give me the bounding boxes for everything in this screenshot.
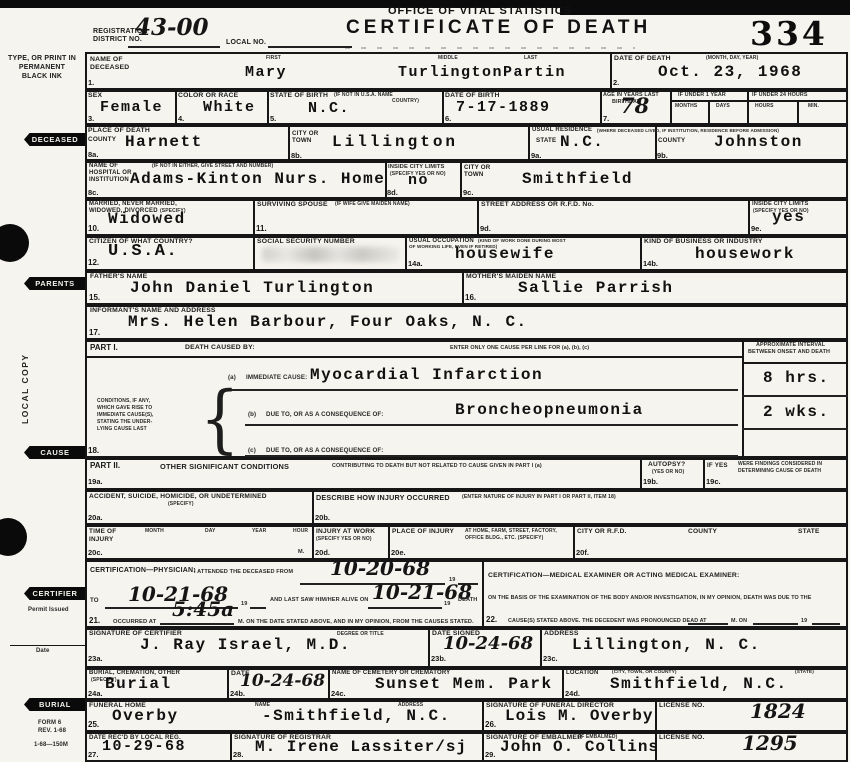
divider: [477, 199, 479, 236]
injury-county-label: COUNTY: [688, 528, 717, 535]
form-revision: REV. 1-68: [38, 728, 66, 734]
residence-city-label2: TOWN: [464, 171, 484, 178]
field-23b-num: 23b.: [431, 654, 446, 663]
local-copy-label: LOCAL COPY: [20, 332, 30, 424]
tab-parents: PARENTS: [24, 277, 86, 290]
street-address-label: STREET ADDRESS OR R.F.D. No.: [481, 201, 594, 208]
hours-label: HOURS: [755, 103, 774, 109]
day-label: DAY: [205, 528, 215, 534]
divider: [460, 161, 462, 199]
hospital-label2: HOSPITAL OR: [89, 170, 132, 176]
divider: [703, 458, 705, 490]
field-12-num: 12.: [88, 258, 99, 267]
under-24-hours-label: IF UNDER 24 HOURS: [752, 92, 808, 98]
last-saw-label: AND LAST SAW HIM/HER ALIVE ON: [270, 597, 368, 603]
divider: [748, 199, 750, 236]
death-word: DEATH: [458, 597, 477, 603]
divider: [797, 100, 799, 125]
line-a-rule: [225, 389, 738, 391]
conditions-note3: IMMEDIATE CAUSE(S),: [97, 412, 154, 418]
field-24d-num: 24d.: [565, 689, 580, 698]
divider: [267, 90, 269, 125]
first-label: FIRST: [266, 55, 281, 61]
field-27-num: 27.: [88, 750, 98, 759]
conditions-brace: {: [200, 382, 239, 456]
field-9c-num: 9c.: [463, 188, 473, 197]
form-print-run: 1-68—150M: [34, 742, 68, 748]
to-label: TO: [90, 597, 99, 604]
divider: [562, 668, 564, 700]
divider: [388, 525, 390, 560]
divider: [600, 90, 602, 125]
field-22-num: 22.: [486, 615, 497, 624]
funeral-director-value: Lois M. Overby: [505, 707, 653, 725]
line-c-label: (c): [248, 447, 256, 454]
type-note-line1: TYPE, OR PRINT IN: [0, 55, 84, 62]
field-1-num: 1.: [88, 78, 94, 87]
accident-label: ACCIDENT, SUICIDE, HOMICIDE, OR UNDETERM…: [89, 493, 267, 500]
me-m-on-label: M. ON: [731, 618, 747, 624]
tab-cause: CAUSE: [24, 446, 86, 459]
date-signed-value: 10-24-68: [443, 633, 533, 654]
min-label: MIN.: [808, 103, 819, 109]
form-number: FORM 6: [38, 720, 61, 726]
field-15-num: 15.: [89, 293, 100, 302]
medical-examiner-line3: CAUSE(S) STATED ABOVE. THE DECEDENT WAS …: [508, 618, 707, 624]
cemetery-value: Sunset Mem. Park: [375, 675, 553, 693]
field-28-num: 28.: [233, 750, 243, 759]
divider: [312, 490, 314, 525]
me-year-prefix: 19: [801, 618, 807, 624]
field-16-num: 16.: [465, 293, 476, 302]
mother-maiden-name-value: Sallie Parrish: [518, 279, 673, 297]
death-time-rule: [160, 623, 234, 625]
race-label: COLOR OR RACE: [178, 92, 238, 99]
conditions-note4: STATING THE UNDER-: [97, 419, 152, 425]
due-to-b-label: DUE TO, OR AS A CONSEQUENCE OF:: [266, 411, 383, 418]
occurred-at-label: OCCURRED AT: [113, 619, 156, 625]
tab-certifier: CERTIFIER: [24, 587, 86, 600]
field-7-num: 7.: [603, 114, 609, 123]
divider: [405, 236, 407, 271]
burial-location-value: Smithfield, N.C.: [610, 675, 788, 693]
occupation-sub1: (KIND OF WORK DONE DURING MOST: [478, 238, 566, 243]
field-2-num: 2.: [613, 78, 619, 87]
marital-label1: MARRIED, NEVER MARRIED,: [89, 201, 177, 207]
divider: [540, 628, 542, 668]
field-9a-num: 9a.: [531, 151, 541, 160]
divider: [175, 90, 177, 125]
tab-burial: BURIAL: [24, 698, 86, 711]
certifier-address-value: Lillington, N. C.: [572, 636, 761, 654]
field-3-num: 3.: [88, 114, 94, 123]
if-yes-label: IF YES: [707, 462, 728, 469]
field-4-num: 4.: [178, 114, 184, 123]
date-received-value: 10-29-68: [102, 738, 186, 755]
place-of-injury-label: PLACE OF INJURY: [392, 528, 454, 535]
hospital-value: Adams-Kinton Nurs. Home: [130, 170, 385, 188]
interval-a-rule: [742, 395, 848, 397]
tab-deceased: DECEASED: [24, 133, 86, 146]
to-year-rule: [250, 607, 266, 609]
divider: [708, 100, 710, 125]
registration-district-value: 43-00: [135, 14, 209, 41]
registration-blank-line: [128, 46, 220, 48]
medical-examiner-cert-label: CERTIFICATION—MEDICAL EXAMINER OR ACTING…: [488, 572, 740, 579]
how-injury-sub: (ENTER NATURE OF INJURY IN PART I OR PAR…: [462, 494, 616, 500]
inside-city-limits-8d-label: INSIDE CITY LIMITS: [388, 164, 444, 170]
deceased-label: DECEASED: [90, 64, 129, 71]
field-23a-num: 23a.: [88, 654, 103, 663]
divider: [85, 356, 744, 358]
field-17-num: 17.: [89, 328, 100, 337]
burial-location-sub2: (STATE): [795, 670, 814, 675]
residence-city-value: Smithfield: [522, 170, 633, 188]
field-20d-num: 20d.: [315, 548, 330, 557]
residence-state-label: STATE: [536, 137, 556, 144]
burial-location-label: LOCATION: [566, 670, 599, 676]
field-8a-num: 8a.: [88, 150, 98, 159]
divider: [482, 560, 484, 628]
field-11-num: 11.: [256, 224, 267, 233]
field-26-num: 26.: [485, 720, 496, 729]
burial-type-value: Burial: [105, 675, 172, 693]
divider: [670, 90, 672, 125]
decedent-last-name: Partin: [503, 64, 566, 81]
autopsy-label: AUTOPSY?: [648, 461, 685, 468]
funeral-home-name-value: Overby: [112, 707, 179, 725]
findings-label2: DETERMINING CAUSE OF DEATH: [738, 468, 821, 474]
usual-residence-sub: (WHERE DECEASED LIVED, IF INSTITUTION, R…: [597, 128, 779, 133]
field-9e-num: 9e.: [751, 224, 761, 233]
field-14b-num: 14b.: [643, 259, 658, 268]
age-value: 78: [620, 93, 649, 118]
divider: [640, 236, 642, 271]
accident-sub: (SPECIFY): [168, 501, 194, 507]
date-of-birth-label: DATE OF BIRTH: [445, 92, 500, 99]
injury-city-label: CITY OR R.F.D.: [577, 528, 627, 535]
permit-date-label: Date: [36, 648, 49, 654]
citizenship-value: U.S.A.: [108, 242, 178, 261]
line-c-rule: [245, 455, 738, 457]
hour-label: HOUR: [293, 528, 308, 534]
interval-header1: APPROXIMATE INTERVAL: [756, 342, 825, 348]
divider: [230, 732, 232, 762]
industry-value: housework: [695, 245, 795, 263]
field-29-num: 29.: [485, 750, 495, 759]
burial-date-value: 10-24-68: [240, 671, 325, 691]
injury-state-label: STATE: [798, 528, 820, 535]
field-18-num: 18.: [88, 446, 99, 455]
how-injury-label: DESCRIBE HOW INJURY OCCURRED: [316, 493, 450, 502]
death-time-value: 5:45a: [172, 597, 234, 621]
field-19b-num: 19b.: [643, 477, 658, 486]
divider: [573, 525, 575, 560]
father-name-value: John Daniel Turlington: [130, 279, 374, 297]
sex-value: Female: [100, 99, 163, 116]
inside-city-limits-9e-value: yes: [772, 208, 805, 226]
divider: [610, 52, 612, 90]
part1-label: PART I.: [90, 343, 118, 352]
field-8d-num: 8d.: [387, 188, 398, 197]
ssn-label: SOCIAL SECURITY NUMBER: [257, 238, 355, 245]
funeral-home-address-value: -Smithfield, N.C.: [262, 707, 451, 725]
divider: [428, 628, 430, 668]
ssn-redaction-smudge: [262, 247, 400, 262]
type-note-line3: BLACK INK: [0, 73, 84, 80]
marital-row-cell: [85, 199, 848, 236]
field-24c-num: 24c.: [331, 689, 346, 698]
registrar-signature-value: M. Irene Lassiter/sj: [255, 738, 467, 756]
date-of-death-value: Oct. 23, 1968: [658, 63, 802, 81]
top-scan-bar-right: [560, 0, 850, 15]
injury-at-work-sub: (SPECIFY YES OR NO): [316, 536, 372, 542]
embalmer-license-value: 1295: [742, 731, 798, 755]
occupation-value: housewife: [455, 245, 555, 263]
hole-punch-top: [0, 224, 29, 262]
type-note-line2: PERMANENT: [0, 64, 84, 71]
local-no-blank-line: [268, 46, 352, 48]
to-year-prefix: 19: [241, 601, 247, 607]
residence-city-label1: CITY OR: [464, 164, 490, 171]
certifier-signature-value: J. Ray Israel, M.D.: [140, 636, 351, 654]
divider: [655, 700, 657, 732]
divider: [462, 271, 464, 305]
conditions-note2: WHICH GAVE RISE TO: [97, 405, 152, 411]
time-of-injury-label2: INJURY: [89, 536, 113, 543]
immediate-cause-value: Myocardial Infarction: [310, 366, 543, 384]
alive-year-prefix: 19: [444, 601, 450, 607]
immediate-cause-label: IMMEDIATE CAUSE:: [246, 374, 307, 381]
attended-from-label: I ATTENDED THE DECEASED FROM: [194, 569, 293, 575]
permit-date-line: [10, 645, 85, 646]
underlying-cause-value: Broncheopneumonia: [455, 401, 644, 419]
certificate-title: CERTIFICATE OF DEATH: [346, 17, 651, 39]
field-20c-num: 20c.: [88, 548, 103, 557]
date-of-death-sub: (MONTH, DAY, YEAR): [706, 55, 758, 61]
residence-county-label: COUNTY: [658, 137, 685, 144]
field-6-num: 6.: [445, 114, 451, 123]
industry-label: KIND OF BUSINESS OR INDUSTRY: [644, 238, 763, 245]
local-no-label: LOCAL NO.: [226, 39, 266, 46]
field-9d-num: 9d.: [480, 224, 491, 233]
divider: [482, 732, 484, 762]
attended-from-date: 10-20-68: [330, 556, 430, 580]
conditions-note1: CONDITIONS, IF ANY,: [97, 398, 150, 404]
field-24a-num: 24a.: [88, 689, 103, 698]
divider: [742, 362, 848, 364]
embalmer-signature-value: John O. Collins: [500, 738, 659, 756]
physician-cert-label: CERTIFICATION—PHYSICIAN:: [90, 567, 196, 574]
findings-label1: WERE FINDINGS CONSIDERED IN: [738, 461, 822, 467]
field-21-num: 21.: [89, 616, 100, 625]
injury-at-work-label: INJURY AT WORK: [316, 528, 375, 535]
state-of-birth-sub2: COUNTRY): [392, 98, 419, 104]
me-date-rule: [753, 623, 798, 625]
line-b-rule: [245, 424, 738, 426]
director-license-value: 1824: [750, 699, 806, 723]
divider: [288, 125, 290, 161]
state-of-birth-sub: (IF NOT IN U.S.A. NAME: [334, 92, 393, 98]
marital-status-value: Widowed: [108, 210, 186, 228]
divider: [640, 458, 642, 490]
me-time-rule: [688, 623, 728, 625]
field-25-num: 25.: [88, 720, 99, 729]
place-of-injury-sub1: AT HOME, FARM, STREET, FACTORY,: [465, 528, 557, 534]
middle-label: MIDDLE: [438, 55, 458, 61]
date-of-birth-value: 7-17-1889: [456, 99, 551, 116]
divider: [312, 525, 314, 560]
hole-punch-bottom: [0, 518, 27, 556]
divider: [742, 340, 744, 458]
office-heading: OFFICE OF VITAL STATISTICS: [388, 5, 572, 17]
divider: [747, 90, 749, 125]
state-of-birth-value: N.C.: [308, 100, 350, 117]
sex-label: SEX: [88, 92, 102, 99]
death-city-value: Lillington: [332, 133, 458, 151]
under-1-year-label: IF UNDER 1 YEAR: [678, 92, 726, 98]
year-label: YEAR: [252, 528, 266, 534]
interval-b-value: 2 wks.: [763, 403, 830, 421]
time-of-injury-label1: TIME OF: [89, 528, 116, 535]
field-20f-num: 20f.: [576, 548, 589, 557]
hospital-label1: NAME OF: [89, 163, 118, 169]
me-year-rule: [812, 623, 840, 625]
last-label: LAST: [524, 55, 537, 61]
field-14a-num: 14a.: [408, 259, 423, 268]
scan-artifact: [345, 47, 635, 49]
informant-value: Mrs. Helen Barbour, Four Oaks, N. C.: [128, 313, 528, 331]
days-label: DAYS: [716, 103, 730, 109]
field-19a-num: 19a.: [88, 477, 103, 486]
death-county-value: Harnett: [125, 133, 203, 151]
alive-date-rule: [368, 607, 442, 609]
divider: [328, 668, 330, 700]
conditions-note5: LYING CAUSE LAST: [97, 426, 147, 432]
meridiem-label: M.: [298, 549, 304, 555]
line-b-label: (b): [248, 411, 256, 418]
divider: [253, 236, 255, 271]
autopsy-sub: (YES OR NO): [652, 469, 684, 475]
decedent-middle-name: Turlington: [398, 64, 503, 81]
decedent-first-name: Mary: [245, 64, 287, 81]
field-8b-num: 8b.: [291, 151, 302, 160]
certificate-number: 334: [750, 14, 828, 53]
divider: [670, 100, 848, 102]
city-or-town-label1: CITY OR: [292, 130, 318, 137]
race-value: White: [203, 99, 256, 116]
hospital-label3: INSTITUTION: [89, 177, 129, 183]
interval-header2: BETWEEN ONSET AND DEATH: [748, 349, 830, 355]
divider: [482, 700, 484, 732]
inside-city-limits-8d-value: no: [408, 172, 429, 189]
residence-state-value: N.C.: [560, 133, 604, 151]
county-label: COUNTY: [88, 136, 116, 143]
embalmer-license-label: LICENSE NO.: [659, 734, 705, 741]
director-license-label: LICENSE NO.: [659, 702, 705, 709]
interval-a-value: 8 hrs.: [763, 369, 830, 387]
field-10-num: 10.: [88, 224, 99, 233]
field-8c-num: 8c.: [88, 188, 98, 197]
field-19c-num: 19c.: [706, 477, 721, 486]
divider: [253, 199, 255, 236]
death-certificate-scan: TYPE, OR PRINT IN PERMANENT BLACK INK DE…: [0, 0, 850, 762]
field-23c-num: 23c.: [543, 654, 558, 663]
funeral-home-row-cell: [85, 700, 848, 732]
interval-b-rule: [742, 428, 848, 430]
field-20a-num: 20a.: [88, 513, 103, 522]
city-or-town-label2: TOWN: [292, 137, 312, 144]
state-of-birth-label: STATE OF BIRTH: [270, 92, 328, 99]
death-caused-by-label: DEATH CAUSED BY:: [185, 344, 255, 351]
name-of-label: NAME OF: [90, 56, 123, 63]
surviving-spouse-label: SURVIVING SPOUSE: [257, 201, 328, 208]
part1-note: ENTER ONLY ONE CAUSE PER LINE FOR (a), (…: [450, 345, 589, 351]
divider: [227, 668, 229, 700]
occurred-rest-label: M. ON THE DATE STATED ABOVE, AND IN MY O…: [238, 619, 474, 625]
medical-examiner-line2: ON THE BASIS OF THE EXAMINATION OF THE B…: [488, 595, 811, 601]
surviving-spouse-sub: (IF WIFE GIVE MAIDEN NAME): [335, 201, 410, 207]
residence-county-value: Johnston: [714, 133, 803, 151]
divider: [442, 90, 444, 125]
due-to-c-label: DUE TO, OR AS A CONSEQUENCE OF:: [266, 447, 383, 454]
part2-note: CONTRIBUTING TO DEATH BUT NOT RELATED TO…: [332, 463, 542, 469]
divider: [528, 125, 530, 161]
inside-city-limits-9e-label: INSIDE CITY LIMITS: [752, 201, 808, 207]
months-label: MONTHS: [675, 103, 697, 109]
place-of-injury-sub2: OFFICE BLDG., ETC. (SPECIFY): [465, 535, 543, 541]
field-9b-num: 9b.: [657, 151, 668, 160]
field-20b-num: 20b.: [315, 513, 330, 522]
part2-label: PART II.: [90, 461, 120, 470]
month-label: MONTH: [145, 528, 164, 534]
date-of-death-label: DATE OF DEATH: [614, 55, 671, 62]
field-5-num: 5.: [270, 114, 276, 123]
permit-issued-label: Permit Issued: [28, 607, 69, 613]
other-conditions-label: OTHER SIGNIFICANT CONDITIONS: [160, 462, 289, 471]
hospital-sub: (IF NOT IN EITHER, GIVE STREET AND NUMBE…: [152, 163, 273, 169]
